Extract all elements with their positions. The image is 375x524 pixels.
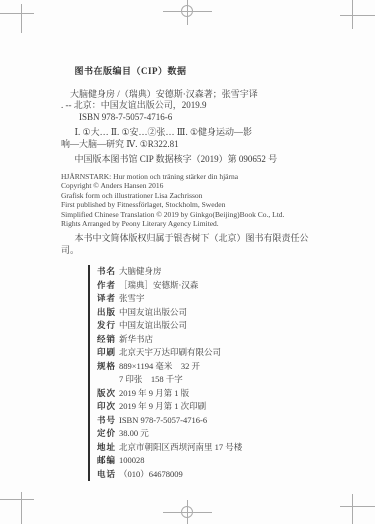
field-label: 印刷 <box>97 346 119 360</box>
field-label: 经销 <box>97 333 119 347</box>
copyright-line: Simplified Chinese Translation © 2019 by… <box>61 210 319 220</box>
copyright-block: HJÄRNSTARK: Hur motion och träning stärk… <box>61 172 319 230</box>
classification-line: Ⅰ. ①大… Ⅱ. ①安…②张… Ⅲ. ①健身运动—影 <box>61 127 319 139</box>
field-value: 中国友谊出版公司 <box>119 319 187 333</box>
crop-mark-bottom-left-h <box>0 499 34 500</box>
colophon-table: 书名 大脑健身房 作者 ［瑞典］安德斯·汉森 译者 张雪宇 出版 中国友谊出版公… <box>88 265 319 481</box>
field-label: 邮编 <box>97 454 119 468</box>
table-row: 书号 ISBN 978-7-5057-4716-6 <box>97 414 319 428</box>
copyright-line: HJÄRNSTARK: Hur motion och träning stärk… <box>61 172 319 182</box>
field-label: 译者 <box>97 292 119 306</box>
cip-heading: 图书在版编目（CIP）数据 <box>61 66 319 78</box>
table-row: 电话 （010）64678009 <box>97 468 319 482</box>
field-label: 印次 <box>97 400 119 414</box>
table-row: 印刷 北京天宇万达印刷有限公司 <box>97 346 319 360</box>
field-label: 地址 <box>97 441 119 455</box>
field-value: 2019 年 9 月第 1 次印刷 <box>119 400 206 414</box>
crop-mark-bottom-right-h <box>340 506 375 507</box>
rights-note: 本书中文简体版权归属于银杏树下（北京）图书有限责任公司。 <box>61 233 319 256</box>
field-value: 中国友谊出版公司 <box>119 306 187 320</box>
crop-mark-top-right-h <box>340 15 375 16</box>
field-value: （010）64678009 <box>119 468 183 482</box>
field-value: 889×1194 毫米 32 开 <box>119 360 200 374</box>
field-value: 新华书店 <box>119 333 153 347</box>
field-value: 38.00 元 <box>119 427 149 441</box>
field-label: 电话 <box>97 468 119 482</box>
field-label: 出版 <box>97 306 119 320</box>
field-value: ［瑞典］安德斯·汉森 <box>119 279 198 293</box>
crop-mark-top-left-v <box>21 4 22 33</box>
field-value: 2019 年 9 月第 1 版 <box>119 387 189 401</box>
table-row: 发行 中国友谊出版公司 <box>97 319 319 333</box>
cip-number: 中国版本图书馆 CIP 数据核字（2019）第 090652 号 <box>61 154 319 166</box>
field-value: ISBN 978-7-5057-4716-6 <box>119 414 207 428</box>
colophon-content: 图书在版编目（CIP）数据 大脑健身房 /（瑞典）安德斯·汉森著；张雪宇译 . … <box>61 66 319 481</box>
field-value-group: 889×1194 毫米 32 开 7 印张 158 千字 <box>119 360 200 387</box>
table-row: 经销 新华书店 <box>97 333 319 347</box>
table-row: 定价 38.00 元 <box>97 427 319 441</box>
field-label: 作者 <box>97 279 119 293</box>
table-row: 版次 2019 年 9 月第 1 版 <box>97 387 319 401</box>
copyright-line: Copyright © Anders Hansen 2016 <box>61 181 319 191</box>
table-row: 书名 大脑健身房 <box>97 265 319 279</box>
table-row: 印次 2019 年 9 月第 1 次印刷 <box>97 400 319 414</box>
cip-record: 大脑健身房 /（瑞典）安德斯·汉森著；张雪宇译 . -- 北京：中国友谊出版公司… <box>61 89 319 124</box>
field-label: 版次 <box>97 387 119 401</box>
field-value: 100028 <box>119 454 145 468</box>
field-value: 张雪宇 <box>119 292 145 306</box>
classification-line: 响—大脑—研究 Ⅳ. ①R322.81 <box>61 139 319 151</box>
crop-mark-top-left-h <box>0 13 34 14</box>
field-label: 规格 <box>97 360 119 374</box>
crop-mark-bottom-left-v <box>21 492 22 524</box>
registration-mark-bottom-icon <box>181 506 193 518</box>
table-row: 邮编 100028 <box>97 454 319 468</box>
field-label: 发行 <box>97 319 119 333</box>
table-row: 地址 北京市朝阳区西坝河南里 17 号楼 <box>97 441 319 455</box>
copyright-line: First published by Fitnessförlaget, Stoc… <box>61 200 319 210</box>
field-label: 书号 <box>97 414 119 428</box>
table-row: 译者 张雪宇 <box>97 292 319 306</box>
field-label: 书名 <box>97 265 119 279</box>
field-label: 定价 <box>97 427 119 441</box>
field-value: 北京市朝阳区西坝河南里 17 号楼 <box>119 441 242 455</box>
table-row: 出版 中国友谊出版公司 <box>97 306 319 320</box>
cip-record-line: 大脑健身房 /（瑞典）安德斯·汉森著；张雪宇译 <box>61 89 319 101</box>
copyright-line: Grafisk form och illustrationer Lisa Zac… <box>61 191 319 201</box>
field-value: 7 印张 158 千字 <box>119 373 200 387</box>
cip-record-line: . -- 北京：中国友谊出版公司，2019.9 <box>61 100 319 112</box>
book-copyright-page: 图书在版编目（CIP）数据 大脑健身房 /（瑞典）安德斯·汉森著；张雪宇译 . … <box>0 0 375 524</box>
field-value: 大脑健身房 <box>119 265 162 279</box>
cip-classification: Ⅰ. ①大… Ⅱ. ①安…②张… Ⅲ. ①健身运动—影 响—大脑—研究 Ⅳ. ①… <box>61 127 319 150</box>
table-row: 作者 ［瑞典］安德斯·汉森 <box>97 279 319 293</box>
copyright-line: Rights Arranged by Peony Literary Agency… <box>61 219 319 229</box>
cip-record-line: ISBN 978-7-5057-4716-6 <box>61 112 319 124</box>
field-value: 北京天宇万达印刷有限公司 <box>119 346 221 360</box>
crop-mark-bottom-right-v <box>352 494 353 524</box>
registration-mark-icon <box>181 5 193 17</box>
table-row: 规格 889×1194 毫米 32 开 7 印张 158 千字 <box>97 360 319 387</box>
